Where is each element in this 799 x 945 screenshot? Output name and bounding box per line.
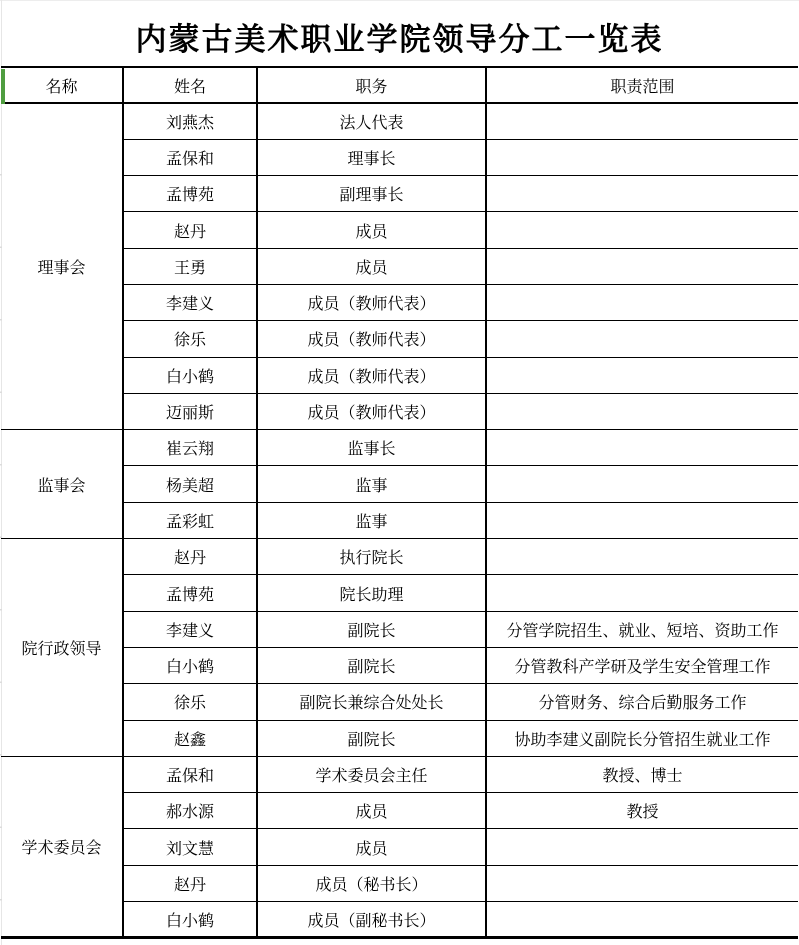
person-cell: 孟保和	[123, 756, 257, 792]
position-cell: 成员	[257, 248, 486, 284]
person-cell: 赵鑫	[123, 720, 257, 756]
table-row: 院行政领导赵丹执行院长	[1, 539, 798, 575]
scope-cell	[486, 284, 798, 320]
scope-cell	[486, 430, 798, 466]
col-header-position: 职务	[257, 67, 486, 103]
scope-cell	[486, 865, 798, 901]
person-cell: 王勇	[123, 248, 257, 284]
scope-cell	[486, 902, 798, 938]
group-name-cell: 院行政领导	[1, 539, 123, 757]
scope-cell	[486, 248, 798, 284]
person-cell: 郝水源	[123, 793, 257, 829]
person-cell: 杨美超	[123, 466, 257, 502]
position-cell: 副院长	[257, 720, 486, 756]
group-name-cell: 理事会	[1, 103, 123, 430]
col-header-person: 姓名	[123, 67, 257, 103]
person-cell: 徐乐	[123, 321, 257, 357]
scope-cell	[486, 139, 798, 175]
scope-cell	[486, 393, 798, 429]
group-name-cell: 学术委员会	[1, 756, 123, 937]
table-body: 理事会刘燕杰法人代表孟保和理事长孟博苑副理事长赵丹成员王勇成员李建义成员（教师代…	[1, 103, 798, 938]
person-cell: 李建义	[123, 284, 257, 320]
scope-cell: 分管财务、综合后勤服务工作	[486, 684, 798, 720]
position-cell: 副理事长	[257, 176, 486, 212]
scope-cell	[486, 466, 798, 502]
scope-cell: 分管教科产学研及学生安全管理工作	[486, 647, 798, 683]
header-row: 名称 姓名 职务 职责范围	[1, 67, 798, 103]
scope-cell	[486, 212, 798, 248]
table-row: 学术委员会孟保和学术委员会主任教授、博士	[1, 756, 798, 792]
scope-cell: 教授、博士	[486, 756, 798, 792]
table-row: 理事会刘燕杰法人代表	[1, 103, 798, 139]
scope-cell	[486, 357, 798, 393]
scope-cell	[486, 502, 798, 538]
col-header-scope: 职责范围	[486, 67, 798, 103]
position-cell: 成员（教师代表）	[257, 321, 486, 357]
header-accent-bar	[1, 69, 5, 104]
group-name-cell: 监事会	[1, 430, 123, 539]
position-cell: 理事长	[257, 139, 486, 175]
position-cell: 副院长兼综合处处长	[257, 684, 486, 720]
scope-cell: 教授	[486, 793, 798, 829]
scope-cell	[486, 829, 798, 865]
person-cell: 刘燕杰	[123, 103, 257, 139]
position-cell: 执行院长	[257, 539, 486, 575]
person-cell: 李建义	[123, 611, 257, 647]
position-cell: 学术委员会主任	[257, 756, 486, 792]
spreadsheet-gridline-horizontal	[0, 0, 799, 1]
person-cell: 白小鹤	[123, 902, 257, 938]
person-cell: 孟博苑	[123, 176, 257, 212]
table-header: 名称 姓名 职务 职责范围	[1, 67, 798, 103]
scope-cell	[486, 539, 798, 575]
leadership-table: 名称 姓名 职务 职责范围 理事会刘燕杰法人代表孟保和理事长孟博苑副理事长赵丹成…	[1, 66, 798, 939]
position-cell: 成员	[257, 212, 486, 248]
scope-cell	[486, 176, 798, 212]
position-cell: 成员（副秘书长）	[257, 902, 486, 938]
person-cell: 迈丽斯	[123, 393, 257, 429]
position-cell: 成员（教师代表）	[257, 357, 486, 393]
table-row: 监事会崔云翔监事长	[1, 430, 798, 466]
position-cell: 监事	[257, 502, 486, 538]
person-cell: 赵丹	[123, 212, 257, 248]
col-header-category: 名称	[1, 67, 123, 103]
person-cell: 白小鹤	[123, 647, 257, 683]
scope-cell: 分管学院招生、就业、短培、资助工作	[486, 611, 798, 647]
person-cell: 孟博苑	[123, 575, 257, 611]
position-cell: 成员（教师代表）	[257, 393, 486, 429]
person-cell: 赵丹	[123, 539, 257, 575]
person-cell: 徐乐	[123, 684, 257, 720]
page-title: 内蒙古美术职业学院领导分工一览表	[0, 14, 799, 59]
position-cell: 成员	[257, 793, 486, 829]
person-cell: 刘文慧	[123, 829, 257, 865]
person-cell: 孟保和	[123, 139, 257, 175]
position-cell: 成员（教师代表）	[257, 284, 486, 320]
scope-cell	[486, 321, 798, 357]
position-cell: 监事	[257, 466, 486, 502]
position-cell: 成员	[257, 829, 486, 865]
position-cell: 法人代表	[257, 103, 486, 139]
scope-cell	[486, 103, 798, 139]
scope-cell	[486, 575, 798, 611]
position-cell: 副院长	[257, 611, 486, 647]
scope-cell: 协助李建义副院长分管招生就业工作	[486, 720, 798, 756]
position-cell: 副院长	[257, 647, 486, 683]
document-page: 内蒙古美术职业学院领导分工一览表 名称 姓名 职务 职责范围 理事会刘燕杰法人代…	[0, 0, 799, 945]
person-cell: 白小鹤	[123, 357, 257, 393]
person-cell: 赵丹	[123, 865, 257, 901]
person-cell: 崔云翔	[123, 430, 257, 466]
person-cell: 孟彩虹	[123, 502, 257, 538]
position-cell: 监事长	[257, 430, 486, 466]
position-cell: 成员（秘书长）	[257, 865, 486, 901]
position-cell: 院长助理	[257, 575, 486, 611]
